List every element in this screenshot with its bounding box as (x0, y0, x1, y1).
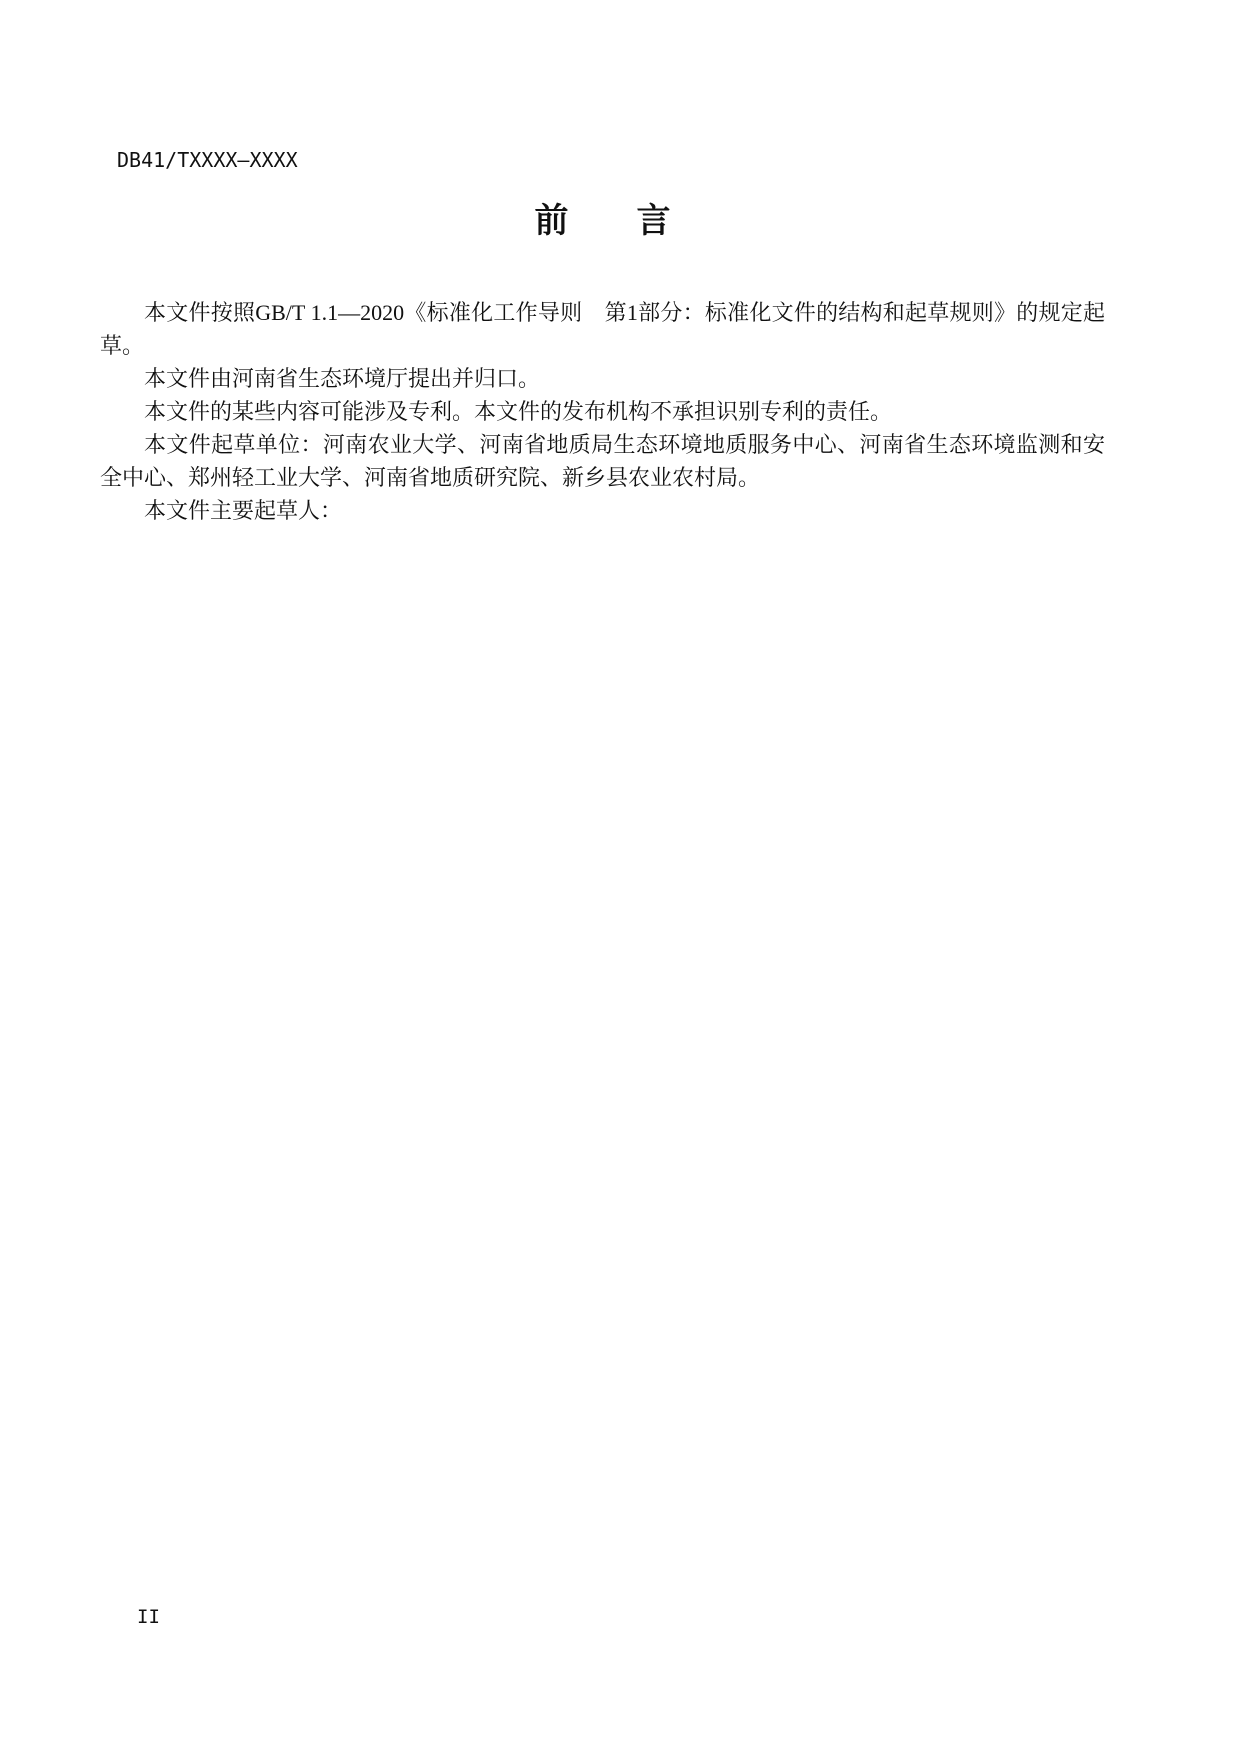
foreword-title: 前 言 (100, 201, 1105, 241)
paragraph: 本文件由河南省生态环境厅提出并归口。 (100, 362, 1105, 395)
document-page: DB41/TXXXX—XXXX 前 言 本文件按照GB/T 1.1—2020《标… (0, 0, 1241, 1754)
paragraph: 本文件主要起草人： (100, 494, 1105, 527)
foreword-body: 本文件按照GB/T 1.1—2020《标准化工作导则 第1部分：标准化文件的结构… (100, 296, 1105, 527)
paragraph: 本文件的某些内容可能涉及专利。本文件的发布机构不承担识别专利的责任。 (100, 395, 1105, 428)
standard-code-header: DB41/TXXXX—XXXX (117, 148, 298, 172)
page-number: II (137, 1606, 160, 1628)
paragraph: 本文件按照GB/T 1.1—2020《标准化工作导则 第1部分：标准化文件的结构… (100, 296, 1105, 362)
paragraph: 本文件起草单位：河南农业大学、河南省地质局生态环境地质服务中心、河南省生态环境监… (100, 428, 1105, 494)
